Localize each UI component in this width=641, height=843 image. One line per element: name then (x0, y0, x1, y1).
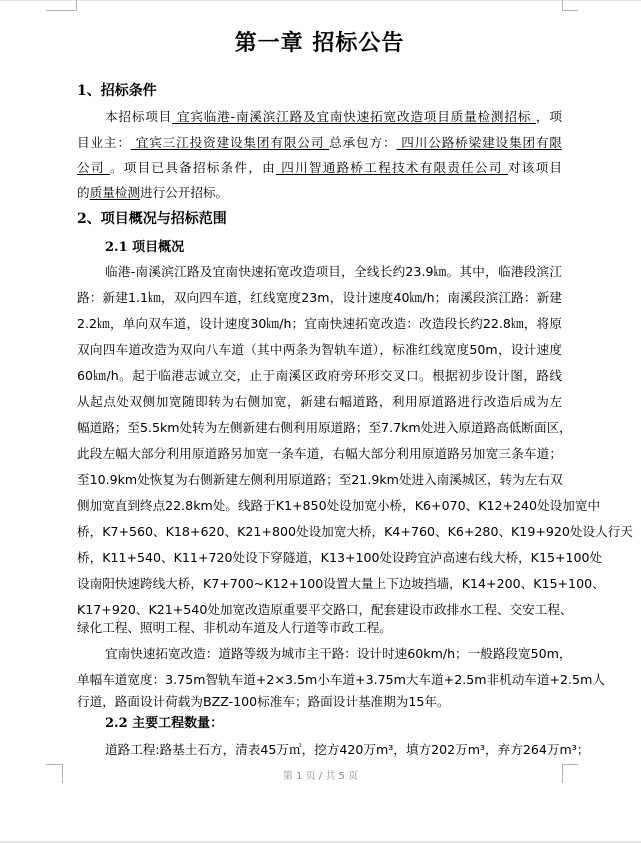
margin-corner-top-left (46, 0, 77, 11)
subsection-heading-main-quantities: 2.2 主要工程数量： (105, 712, 223, 731)
paragraph-line: 行道，路面设计荷载为BZZ-100标准车；路面设计基准期为15年。 (77, 691, 562, 710)
subsection-heading-project-overview: 2.1 项目概况 (105, 236, 184, 255)
page-number-footer: 第 1 页 / 共 5 页 (0, 767, 641, 782)
paragraph-line: 双向四车道改造为双向八车道（其中两条为智轨车道），标准红线宽度50m，设计速度 (77, 339, 562, 358)
paragraph-line: 目业主： 宜宾三江投资建设集团有限公司 总承包方： 四川公路桥梁建设集团有限 (77, 132, 562, 151)
paragraph-line: 本招标项目 宜宾临港-南溪滨江路及宜南快速拓宽改造项目质量检测招标 ，项 (105, 106, 562, 125)
margin-corner-top-right (562, 0, 578, 11)
paragraph-line: 宜南快速拓宽改造：道路等级为城市主干路：设计时速60km/h；一般路段宽50m， (105, 643, 562, 662)
paragraph-line: 临港-南溪滨江路及宜南快速拓宽改造项目，全线长约23.9㎞。其中，临港段滨江 (105, 261, 562, 280)
paragraph-line: 从起点处双侧加宽随即转为右侧加宽，新建右幅道路，利用原道路进行改造后成为左 (77, 391, 562, 410)
chapter-title: 第一章 招标公告 (77, 26, 562, 57)
paragraph-line: 2.2㎞，单向双车道，设计速度30㎞/h；宜南快速拓宽改造：改造段长约22.8㎞… (77, 313, 562, 332)
paragraph-line: 设南阳快速跨线大桥，K7+700~K12+100设置大量上下边坡挡墙，K14+2… (77, 573, 562, 592)
general-contractor: 四川公路桥梁建设集团有限 (396, 135, 562, 150)
paragraph-line: 此段左幅大部分利用原道路另加宽一条车道，右幅大部分利用原道路另加宽三条车道； (77, 443, 562, 462)
paragraph-line: 路：新建1.1㎞，双向四车道，红线宽度23m，设计速度40㎞/h；南溪段滨江路：… (77, 287, 562, 306)
paragraph-line: 公司 。项目已具备招标条件，由 四川智通路桥工程技术有限责任公司 对该项目 (77, 157, 562, 176)
section-heading-project-overview-scope: 2、项目概况与招标范围 (77, 208, 227, 228)
paragraph-line: 至10.9km处恢复为右侧新建左侧利用原道路；至21.9km处进入南溪城区，转为… (77, 469, 562, 488)
paragraph-line: K17+920、K21+540处加宽改造原重要平交路口，配套建设市政排水工程、交… (77, 599, 562, 618)
paragraph-line: 的质量检测进行公开招标。 (77, 182, 562, 201)
tender-agent: 四川智通路桥工程技术有限责任公司 (276, 160, 508, 175)
paragraph-line: 侧加宽直到终点22.8km处。线路于K1+850处设加宽小桥，K6+070、K1… (77, 495, 562, 514)
paragraph-line: 幅道路；至5.5km处转为左侧新建右侧利用原道路；至7.7km处进入原道路高低断… (77, 417, 562, 436)
project-name: 宜宾临港-南溪滨江路及宜南快速拓宽改造项目质量检测招标 (172, 109, 536, 124)
paragraph-line: 桥，K11+540、K11+720处设下穿隧道，K13+100处设跨宜泸高速右线… (77, 547, 562, 566)
paragraph-line: 桥，K7+560、K18+620、K21+800处设加宽大桥，K4+760、K6… (77, 521, 562, 540)
paragraph-line: 单幅车道宽度：3.75m智轨车道+2×3.5m小车道+3.75m大车道+2.5m… (77, 669, 562, 688)
paragraph-line: 道路工程:路基土石方，清表45万㎡，挖方420万m³，填方202万m³，弃方26… (105, 739, 562, 758)
viewer-top-edge (0, 0, 641, 1)
paragraph-line: 60㎞/h。起于临港志诚立交，止于南溪区政府旁环形交叉口。根据初步设计图，路线 (77, 365, 562, 384)
project-owner: 宜宾三江投资建设集团有限公司 (131, 135, 329, 150)
paragraph-line: 绿化工程、照明工程、非机动车道及人行道等市政工程。 (77, 617, 562, 636)
section-heading-bidding-conditions: 1、招标条件 (77, 80, 157, 100)
